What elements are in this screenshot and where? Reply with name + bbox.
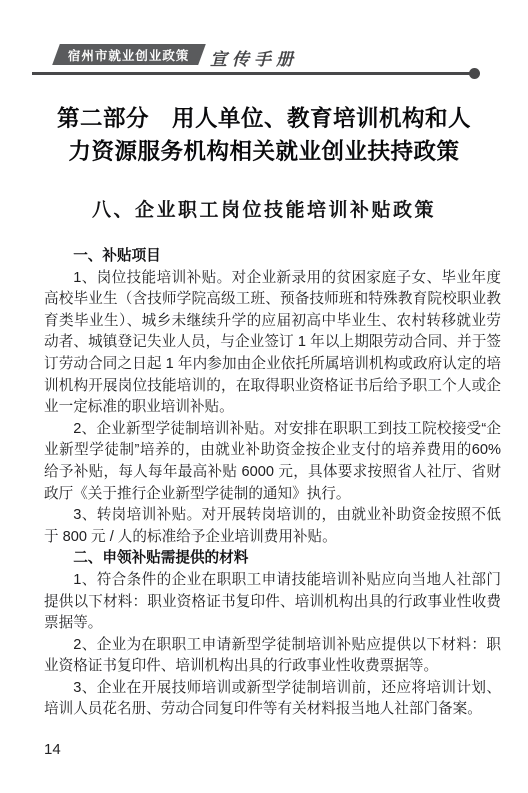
content-paragraph: 1、岗位技能培训补贴。对企业新录用的贫困家庭子女、毕业年度高校毕业生（含技师学院… bbox=[44, 268, 501, 419]
content-paragraph: 1、符合条件的企业在职职工申请技能培训补贴应向当地人社部门提供以下材料：职业资格… bbox=[44, 570, 501, 635]
header-rule bbox=[32, 72, 478, 75]
part-title: 第二部分 用人单位、教育培训机构和人 力资源服务机构相关就业创业扶持政策 bbox=[0, 102, 528, 168]
content-paragraph: 3、企业在开展技师培训或新型学徒制培训前，还应将培训计划、培训人员花名册、劳动合… bbox=[44, 678, 501, 721]
part-title-line2: 力资源服务机构相关就业创业扶持政策 bbox=[0, 135, 528, 168]
page-number: 14 bbox=[44, 741, 61, 758]
content-heading: 二、申领补贴需提供的材料 bbox=[44, 548, 501, 570]
content-paragraph: 2、企业新型学徒制培训补贴。对安排在职职工到技工院校接受“企业新型学徒制”培养的… bbox=[44, 419, 501, 505]
section-title: 八、企业职工岗位技能培训补贴政策 bbox=[0, 195, 528, 222]
dot-ornament bbox=[469, 68, 480, 79]
header-banner: 宿州市就业创业政策 bbox=[52, 44, 205, 65]
content-heading: 一、补贴项目 bbox=[44, 246, 501, 268]
part-title-line1: 第二部分 用人单位、教育培训机构和人 bbox=[0, 102, 528, 135]
content-paragraphs: 一、补贴项目1、岗位技能培训补贴。对企业新录用的贫困家庭子女、毕业年度高校毕业生… bbox=[44, 246, 501, 721]
document-page: 宿州市就业创业政策 宣传手册 第二部分 用人单位、教育培训机构和人 力资源服务机… bbox=[0, 0, 528, 793]
handbook-label: 宣传手册 bbox=[210, 45, 298, 70]
content-paragraph: 3、转岗培训补贴。对开展转岗培训的，由就业补助资金按照不低于 800 元 / 人… bbox=[44, 505, 501, 548]
content-paragraph: 2、企业为在职职工申请新型学徒制培训补贴应提供以下材料：职业资格证书复印件、培训… bbox=[44, 635, 501, 678]
banner-label: 宿州市就业创业政策 bbox=[68, 46, 190, 64]
